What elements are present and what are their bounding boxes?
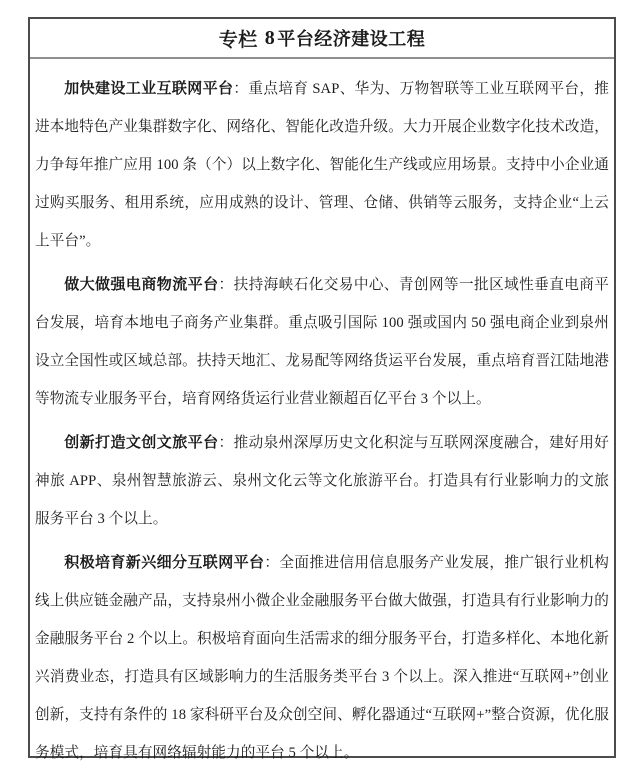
paragraph-lead: 创新打造文创文旅平台 bbox=[64, 434, 218, 451]
panel-title: 专栏 8 平台经济建设工程 bbox=[30, 19, 614, 59]
paragraph-lead: 积极培育新兴细分互联网平台 bbox=[64, 554, 264, 571]
paragraph-lead: 加快建设工业互联网平台 bbox=[64, 80, 233, 97]
paragraph-text: ：扶持海峡石化交易中心、青创网等一批区域性垂直电商平台发展，培育本地电子商务产业… bbox=[35, 277, 609, 407]
column-8-panel: 专栏 8 平台经济建设工程 加快建设工业互联网平台：重点培育 SAP、华为、万物… bbox=[28, 17, 616, 758]
paragraph-emerging-niche-internet-platform: 积极培育新兴细分互联网平台：全面推进信用信息服务产业发展，推广银行业机构线上供应… bbox=[35, 544, 609, 770]
panel-body: 加快建设工业互联网平台：重点培育 SAP、华为、万物智联等工业互联网平台，推进本… bbox=[30, 59, 614, 770]
paragraph-text: ：全面推进信用信息服务产业发展，推广银行业机构线上供应链金融产品，支持泉州小微企… bbox=[35, 555, 609, 761]
panel-title-number: 8 bbox=[265, 27, 276, 50]
panel-title-label: 专栏 bbox=[219, 25, 258, 52]
paragraph-text: ：重点培育 SAP、华为、万物智联等工业互联网平台，推进本地特色产业集群数字化、… bbox=[35, 81, 609, 249]
document-page: 专栏 8 平台经济建设工程 加快建设工业互联网平台：重点培育 SAP、华为、万物… bbox=[0, 0, 640, 770]
paragraph-lead: 做大做强电商物流平台 bbox=[64, 276, 218, 293]
paragraph-ecommerce-logistics-platform: 做大做强电商物流平台：扶持海峡石化交易中心、青创网等一批区域性垂直电商平台发展，… bbox=[35, 266, 609, 418]
paragraph-culture-tourism-platform: 创新打造文创文旅平台：推动泉州深厚历史文化积淀与互联网深度融合，建好用好神旅 A… bbox=[35, 424, 609, 538]
panel-title-text: 平台经济建设工程 bbox=[277, 25, 425, 51]
paragraph-industrial-internet-platform: 加快建设工业互联网平台：重点培育 SAP、华为、万物智联等工业互联网平台，推进本… bbox=[35, 70, 609, 260]
